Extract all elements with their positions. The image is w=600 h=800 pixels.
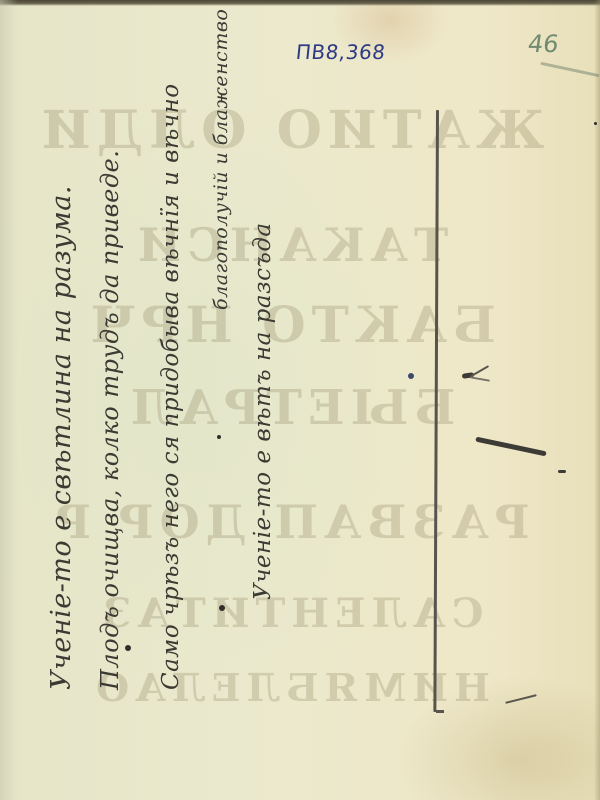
bleed-through-line: БЫЕТРАЛ (0, 380, 600, 436)
ink-dot (594, 122, 597, 125)
handwritten-line-4: благополучій и блаженство (210, 9, 232, 310)
bleed-through-line: ЖАТИО ОЛДИ (0, 100, 600, 161)
handwritten-line-3: Само чрѣзъ него ся придобыва вѣчнїя и вѣ… (158, 83, 184, 690)
page-top-edge-shadow (0, 0, 600, 6)
tick-mark (558, 470, 566, 473)
ink-dot (125, 645, 131, 651)
ink-flourish (471, 365, 489, 377)
ink-dot (219, 605, 225, 611)
bleed-through-line: САЛЕНТИТАЗ (0, 590, 600, 637)
manuscript-page: ЖАТИО ОЛДИ ТАКАНСИ БАКТО НРЧ БЫЕТРАЛ РАЗ… (0, 0, 600, 800)
vertical-rule-foot (436, 710, 444, 713)
library-call-number: ПВ8,368 (295, 40, 387, 64)
ink-dot (408, 373, 414, 379)
handwritten-line-5: Ученіе-то е вѣтъ на разсъда (250, 222, 276, 600)
bleed-through-line: РАЗВАП ДОР Р (0, 495, 600, 549)
ink-dot (217, 435, 221, 439)
handwritten-line-2: Плодъ очищва, колко трудъ да приведе. (96, 150, 124, 690)
bleed-through-line: ТАКАНСИ (0, 218, 600, 272)
bleed-through-line: БАКТО НРЧ (0, 295, 600, 354)
folio-pencil-stroke (540, 62, 599, 77)
handwritten-line-1: Ученіе-то е свѣтлина на разума. (46, 185, 77, 690)
folio-number: 46 (526, 30, 560, 58)
bleed-through-line: НИМЯБЛЕЛАО (0, 665, 600, 710)
dash-stroke (475, 437, 546, 457)
